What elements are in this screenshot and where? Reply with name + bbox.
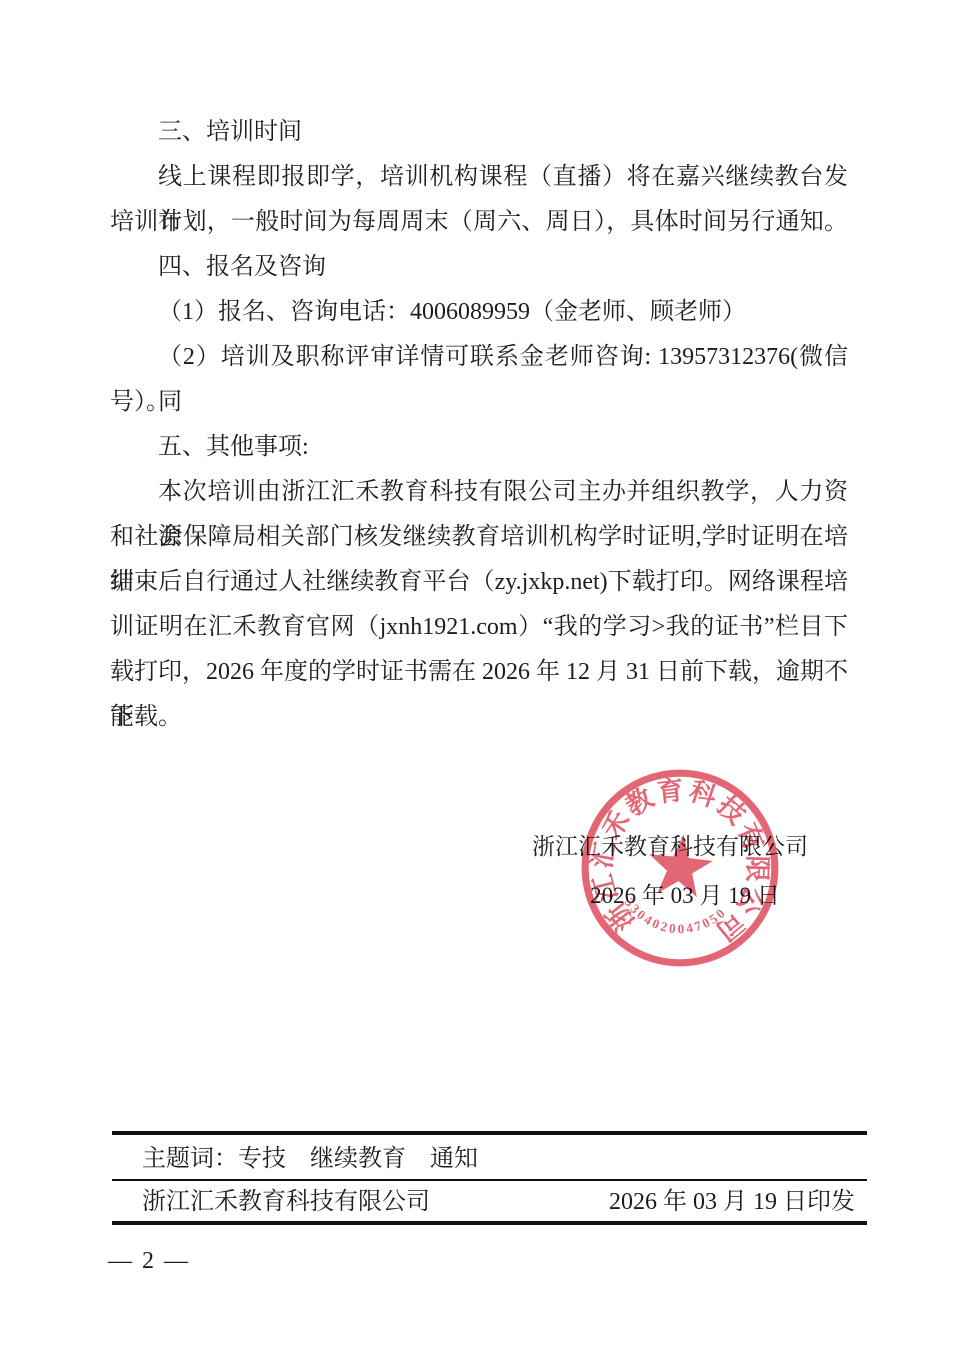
section-heading: 三、培训时间 [110,110,848,155]
body-line: 培训计划，一般时间为每周周末（周六、周日），具体时间另行通知。 [110,200,848,245]
seal-serial-number: 3304020047050 [619,894,731,942]
section-heading: 四、报名及咨询 [110,245,848,290]
footer-issue-row: 浙江汇禾教育科技有限公司 2026 年 03 月 19 日印发 [112,1184,867,1220]
body-line: 下载。 [110,695,848,740]
page-number: — 2 — [108,1248,190,1275]
body-line: 线上课程即报即学，培训机构课程（直播）将在嘉兴继续教台发布 [110,155,848,200]
footer-issuer: 浙江汇禾教育科技有限公司 [142,1184,430,1220]
body-line: （1）报名、咨询电话：4006089959（金老师、顾老师） [110,290,848,335]
body-line: 载打印，2026 年度的学时证书需在 2026 年 12 月 31 日前下载，逾… [110,650,848,695]
body-line: （2）培训及职称评审详情可联系金老师咨询: 13957312376(微信同 [110,335,848,380]
body-line: 和社会保障局相关部门核发继续教育培训机构学时证明,学时证明在培训 [110,515,848,560]
footer-issue-date: 2026 年 03 月 19 日印发 [609,1184,855,1220]
body-line: 结束后自行通过人社继续教育平台（zy.jxkp.net)下载打印。网络课程培 [110,560,848,605]
section-heading: 五、其他事项: [110,425,848,470]
seal-star-icon [645,831,715,898]
footer-rule-bottom [112,1221,867,1225]
document-body: 三、培训时间 线上课程即报即学，培训机构课程（直播）将在嘉兴继续教台发布 培训计… [110,110,848,740]
body-line: 训证明在汇禾教育官网（jxnh1921.com）“我的学习>我的证书”栏目下 [110,605,848,650]
company-seal-stamp: 浙江汇禾教育科技有限公司 3304020047050 [566,754,795,983]
footer-rule-middle [112,1179,867,1181]
footer-subject-words: 主题词：专技 继续教育 通知 [112,1141,867,1177]
body-line: 号）。 [110,380,848,425]
document-page: 三、培训时间 线上课程即报即学，培训机构课程（直播）将在嘉兴继续教台发布 培训计… [0,0,961,1365]
footer-rule-top [112,1131,867,1135]
body-line: 本次培训由浙江汇禾教育科技有限公司主办并组织教学，人力资源 [110,470,848,515]
